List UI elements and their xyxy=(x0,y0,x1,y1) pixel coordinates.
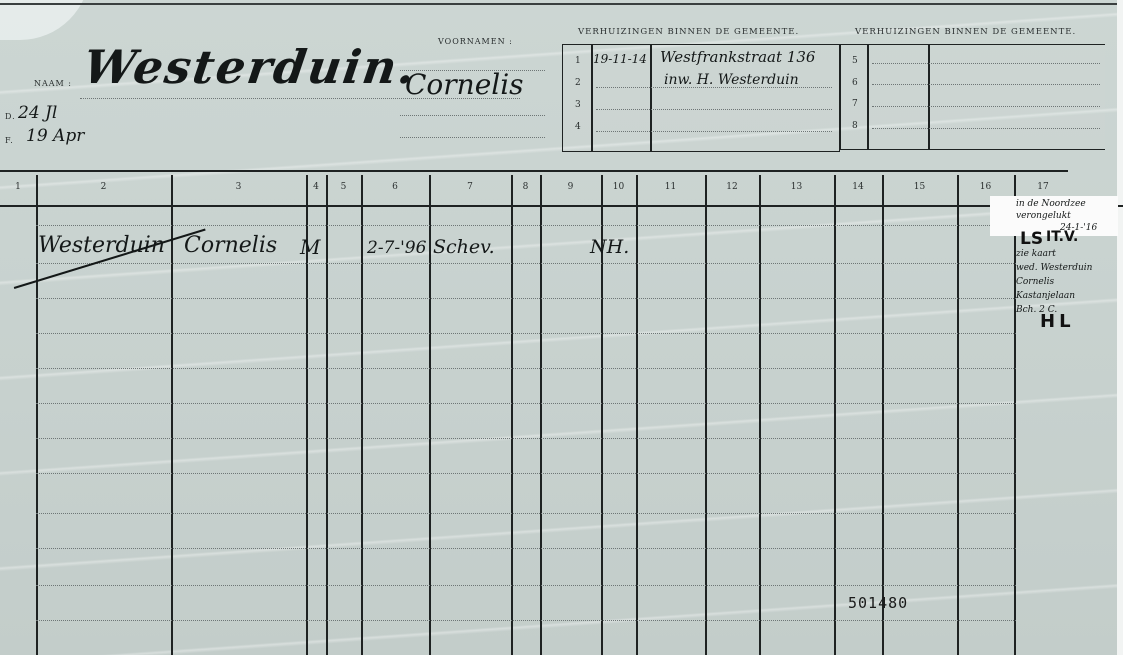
col-line-15 xyxy=(957,175,959,655)
col-line-6 xyxy=(429,175,431,655)
col-header-17: 17 xyxy=(1014,182,1072,192)
voornamen-rule-2 xyxy=(400,115,545,116)
remark-line-2: verongelukt xyxy=(1016,210,1071,222)
row-rule xyxy=(36,548,1016,549)
col-header-8: 8 xyxy=(511,182,540,192)
moves-right-divider-2 xyxy=(928,45,930,149)
move-date-1: 19-11-14 xyxy=(593,52,647,66)
col-header-10: 10 xyxy=(601,182,636,192)
move-row-num-7: 7 xyxy=(852,99,858,109)
moves-right-rule-1 xyxy=(872,63,1100,64)
row-rule xyxy=(36,368,1016,369)
col-line-4 xyxy=(326,175,328,655)
paper-curl xyxy=(0,0,90,40)
col-line-12 xyxy=(759,175,761,655)
col-header-4: 4 xyxy=(306,182,326,192)
col-header-2: 2 xyxy=(36,182,171,192)
voornamen-label: VOORNAMEN : xyxy=(438,37,513,46)
surname-handwritten: Westerduin. xyxy=(80,40,420,94)
remark-line-1: in de Noordzee xyxy=(1016,198,1086,210)
stamp-hl: HL xyxy=(1040,311,1075,332)
moves-left-rule-2 xyxy=(596,109,832,110)
move-row-num-5: 5 xyxy=(852,56,858,66)
col-line-13 xyxy=(834,175,836,655)
col-header-15: 15 xyxy=(882,182,957,192)
row-rule xyxy=(36,298,1016,299)
moves-right-title: VERHUIZINGEN BINNEN DE GEMEENTE. xyxy=(855,27,1076,37)
col-line-8 xyxy=(540,175,542,655)
col-header-16: 16 xyxy=(957,182,1014,192)
move-row-num-4: 4 xyxy=(575,122,581,132)
moves-right-rule-4 xyxy=(872,128,1100,129)
col-line-5 xyxy=(361,175,363,655)
row-rule xyxy=(36,585,1016,586)
col-line-7 xyxy=(511,175,513,655)
move-address-1: Westfrankstraat 136 xyxy=(660,48,815,66)
row-first-name: Cornelis xyxy=(184,233,277,258)
move-row-num-3: 3 xyxy=(575,100,581,110)
move-row-num-1: 1 xyxy=(575,56,581,66)
top-border-line xyxy=(0,3,1123,5)
col-header-3: 3 xyxy=(171,182,306,192)
registry-card: NAAM : Westerduin. D. 24 Jl F. 19 Apr VO… xyxy=(0,0,1123,655)
moves-right-box xyxy=(840,44,1105,150)
move-row-num-8: 8 xyxy=(852,121,858,131)
table-top-rule xyxy=(0,170,1068,172)
card-edge xyxy=(1117,0,1123,655)
row-rule xyxy=(36,620,1016,621)
move-row-num-6: 6 xyxy=(852,78,858,88)
col-header-5: 5 xyxy=(326,182,361,192)
col-line-14 xyxy=(882,175,884,655)
row-rule xyxy=(36,438,1016,439)
col-header-12: 12 xyxy=(705,182,759,192)
col-line-2 xyxy=(171,175,173,655)
col-header-11: 11 xyxy=(636,182,705,192)
table-header-rule xyxy=(0,205,1123,207)
col-header-9: 9 xyxy=(540,182,601,192)
row-rule xyxy=(36,225,1016,226)
row-birthplace: Schev. xyxy=(433,236,495,258)
row-rule xyxy=(36,333,1016,334)
col-header-13: 13 xyxy=(759,182,834,192)
row-birth-date: 2-7-'96 xyxy=(367,238,426,258)
moves-right-divider-1 xyxy=(867,45,869,149)
col-line-10 xyxy=(636,175,638,655)
serial-number: 501480 xyxy=(848,594,908,612)
col-header-6: 6 xyxy=(361,182,429,192)
moves-left-rule-3 xyxy=(596,131,832,132)
col-header-14: 14 xyxy=(834,182,882,192)
naam-label: NAAM : xyxy=(34,79,72,88)
row-rule xyxy=(36,473,1016,474)
d-label: D. xyxy=(5,112,16,121)
f-label: F. xyxy=(5,136,14,145)
stamp-ls-suffix: IT.V. xyxy=(1046,229,1078,245)
voornamen-rule-1 xyxy=(400,70,545,71)
move-address-2: inw. H. Westerduin xyxy=(664,72,799,88)
row-rule xyxy=(36,263,1016,264)
row-rule xyxy=(36,513,1016,514)
moves-right-rule-2 xyxy=(872,84,1100,85)
row-rule xyxy=(36,403,1016,404)
col-header-1: 1 xyxy=(0,182,36,192)
first-name-handwritten: Cornelis xyxy=(405,68,524,101)
row-sex: M xyxy=(300,235,320,259)
moves-left-title: VERHUIZINGEN BINNEN DE GEMEENTE. xyxy=(578,27,799,37)
d-value: 24 Jl xyxy=(18,103,57,123)
voornamen-rule-3 xyxy=(400,137,545,138)
move-row-num-2: 2 xyxy=(575,78,581,88)
moves-left-divider-2 xyxy=(650,45,652,151)
moves-right-rule-3 xyxy=(872,106,1100,107)
row-religion: NH. xyxy=(590,236,629,258)
col-line-11 xyxy=(705,175,707,655)
col-header-7: 7 xyxy=(429,182,511,192)
f-value: 19 Apr xyxy=(26,126,84,146)
